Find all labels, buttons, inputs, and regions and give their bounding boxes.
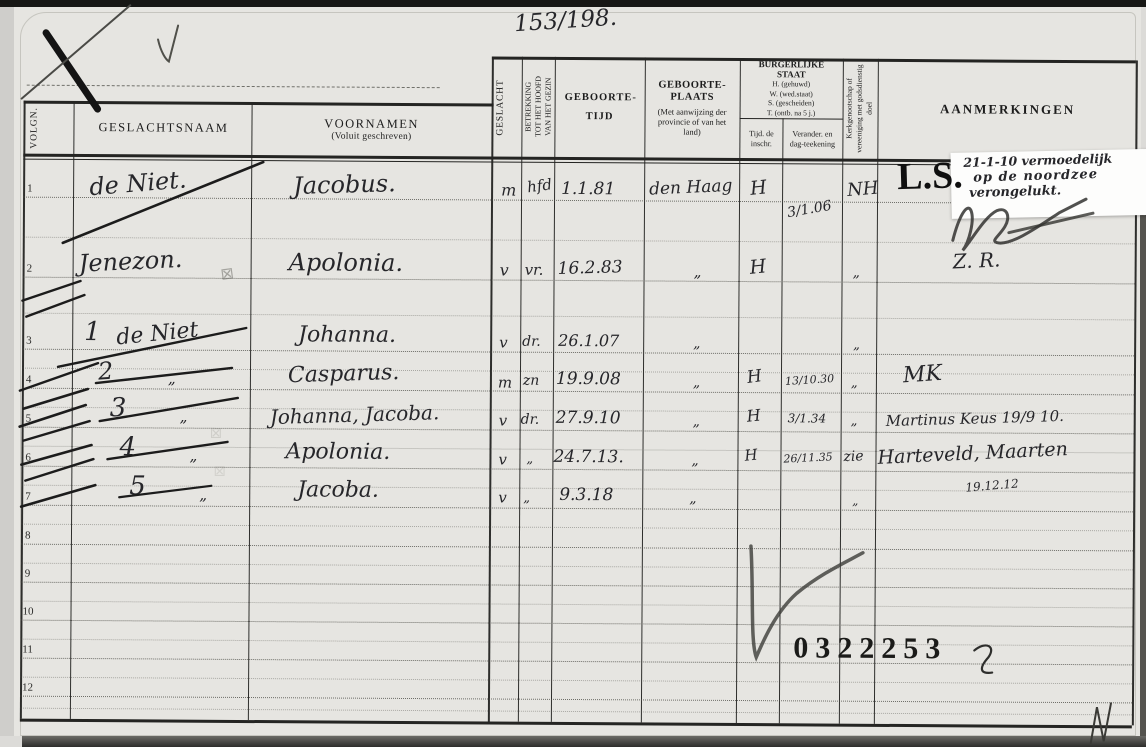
cell-betrekking: dr.: [521, 412, 540, 428]
header-aanmerkingen: AANMERKINGEN: [879, 59, 1136, 161]
cell-geslacht: v: [498, 451, 507, 469]
header-geboortetijd-label: GEBOORTE-TIJD: [564, 88, 634, 126]
cell-voornamen: Casparus.: [288, 360, 400, 388]
cell-geboortetijd: 9.3.18: [559, 485, 613, 505]
cell-handnummer: 5: [129, 471, 146, 501]
cell-geboorteplaats: den Haag: [649, 176, 733, 200]
header-burgerlijke-staat: BURGERLIJKE STAAT H. (gehuwd) W. (wed.st…: [742, 59, 841, 118]
grid-line: [23, 237, 1135, 245]
cell-handnummer: 2: [97, 357, 114, 386]
row-number: 11: [22, 644, 33, 656]
header-geboorteplaats: GEBOORTE-PLAATS (Met aanwijzing der prov…: [646, 60, 738, 156]
cell-staat: H: [749, 176, 768, 200]
cell-naam: Jenezon.: [78, 245, 183, 278]
cell-betrekking: hfd: [526, 175, 553, 196]
grid-line: [21, 544, 1133, 552]
cell-naam: „: [180, 408, 188, 426]
cell-kerk: „: [853, 265, 860, 281]
grid-line: [20, 620, 1132, 628]
grid-line: [70, 101, 75, 719]
cell-geboorteplaats: „: [693, 414, 700, 430]
row-number: 3: [26, 335, 32, 347]
cell-betrekking: „: [526, 452, 533, 467]
cell-staat: H: [749, 255, 768, 279]
cell-kerk: „: [853, 338, 860, 353]
grid-line: [20, 708, 1132, 716]
cell-staat: H: [746, 366, 763, 388]
header-voornamen-sublabel: (Voluit geschreven): [331, 132, 411, 142]
header-geboortetijd: GEBOORTE-TIJD: [556, 57, 643, 158]
ghost-stamp-mark: ⊠: [219, 263, 235, 285]
grid-line: [21, 524, 1133, 532]
header-staat-code-s: S. (gescheiden): [768, 98, 814, 108]
ghost-stamp-mark: ⊠: [210, 424, 223, 443]
header-geslachtsnaam-label: GESLACHTSNAAM: [98, 120, 228, 136]
cell-geslacht: v: [498, 489, 507, 507]
cell-geboortetijd: 27.9.10: [556, 408, 621, 428]
cell-staat-datum: 26/11.35: [783, 450, 833, 465]
cell-geboortetijd: 24.7.13.: [553, 447, 623, 467]
cell-geboorteplaats: „: [693, 375, 700, 391]
cell-betrekking: vr.: [525, 261, 544, 279]
cell-voornamen: Johanna, Jacoba.: [269, 400, 439, 429]
serial-number-stamp: 0322253: [793, 631, 947, 666]
header-volgno: VOLGN.: [29, 104, 69, 153]
cell-geboortetijd: 19.9.08: [556, 369, 621, 389]
ls-stamp: L.S.: [897, 153, 964, 199]
row-number: 1: [27, 183, 33, 195]
note-line-3: verongelukt.: [969, 183, 1061, 201]
header-staat-code-w: W. (wed.staat): [770, 89, 813, 99]
header-geslachtsnaam: GESLACHTSNAAM: [75, 101, 251, 155]
cell-geboortetijd: 1.1.81: [561, 179, 615, 199]
cell-kerk: NH: [846, 178, 879, 201]
header-staat-code-t: T. (ontb. na 5 j.): [767, 108, 815, 118]
cell-staat-datum: 3/1.34: [788, 411, 826, 425]
header-aanmerkingen-label: AANMERKINGEN: [940, 101, 1075, 118]
cell-voornamen: Jacoba.: [297, 477, 379, 502]
cell-geboorteplaats: „: [691, 453, 698, 469]
cell-voornamen: Apolonia.: [289, 248, 404, 277]
row-number: 12: [22, 682, 33, 694]
cell-voornamen: Jacobus.: [293, 169, 396, 200]
cell-geslacht: m: [498, 374, 512, 392]
row-number: 8: [25, 530, 31, 542]
header-voornamen: VOORNAMEN (Voluit geschreven): [251, 102, 491, 156]
cell-geslacht: v: [500, 261, 509, 280]
cell-naam: „: [199, 486, 207, 504]
ghost-stamp-mark: ⊠: [213, 462, 226, 481]
header-geboorteplaats-sublabel: (Met aanwijzing der provincie of van het…: [650, 106, 734, 137]
header-betrekking-l2: TOT HET HOOFD: [533, 76, 542, 137]
cell-betrekking: dr.: [522, 334, 541, 350]
header-burgstaat-title: BURGERLIJKE STAAT: [752, 59, 830, 79]
cell-geboortetijd: 26.1.07: [558, 331, 619, 350]
header-betrekking-l1: BETREKKING: [523, 82, 532, 132]
scanned-register-card: VOLGN. GESLACHTSNAAM VOORNAMEN (Voluit g…: [0, 0, 1146, 747]
cell-geboortetijd: 16.2.83: [557, 257, 622, 279]
cell-betrekking: „: [523, 491, 530, 506]
header-tijd-inschr-label: Tijd. de inschr.: [746, 129, 776, 149]
cell-geslacht: v: [499, 334, 508, 352]
grid-line: [21, 563, 1133, 571]
cell-geboorteplaats: „: [693, 336, 700, 352]
header-staat-code-h: H. (gehuwd): [772, 79, 810, 89]
row-number: 6: [25, 452, 31, 464]
grid-line: [779, 118, 784, 723]
cell-kerk: „: [851, 414, 858, 429]
header-verander: Verander. en dag-teekening: [783, 120, 841, 157]
row-number: 2: [27, 263, 33, 275]
header-kerkgenootschap: Kerkgenootschap of vereeniging met godsd…: [844, 61, 876, 157]
cell-staat: H: [744, 445, 759, 464]
grid-line: [20, 658, 1132, 666]
card-content: VOLGN. GESLACHTSNAAM VOORNAMEN (Voluit g…: [0, 0, 1146, 747]
cell-staat: H: [746, 405, 762, 425]
row-number: 5: [26, 413, 32, 425]
cell-kerk: zie: [843, 448, 864, 465]
header-betrekking: BETREKKING TOT HET HOOFD VAN HET GEZIN: [523, 59, 554, 155]
cell-betrekking: zn: [523, 373, 540, 389]
row-number: 9: [25, 568, 31, 580]
row-number: 7: [25, 491, 31, 503]
cell-handnummer: 3: [110, 393, 127, 423]
cell-voornamen: Apolonia.: [285, 439, 390, 465]
grid-line: [21, 582, 1133, 590]
header-tijd-inschr: Tijd. de inschr.: [740, 120, 782, 157]
cell-geslacht: m: [501, 181, 516, 200]
header-voornamen-label: VOORNAMEN: [324, 116, 419, 132]
cell-geboorteplaats: „: [694, 263, 702, 281]
grid-line: [20, 101, 26, 719]
cell-aanmerking-initials: Z. R.: [952, 247, 1001, 273]
cell-aanmerking: MK: [902, 361, 942, 388]
header-betrekking-l3: VAN HET GEZIN: [543, 78, 552, 136]
grid-line: [20, 719, 1132, 729]
grid-line: [20, 677, 1132, 685]
cell-geslacht: v: [499, 412, 508, 430]
cell-geboorteplaats: „: [689, 491, 696, 507]
cell-handnummer: 1: [84, 317, 101, 347]
header-geboorteplaats-label: GEBOORTE-PLAATS: [656, 80, 728, 104]
grid-line: [20, 639, 1132, 647]
grid-line: [248, 102, 253, 720]
row-number: 10: [22, 606, 33, 618]
grid-line: [21, 505, 1133, 513]
cell-naam: „: [189, 447, 197, 465]
grid-line: [21, 601, 1133, 609]
cell-naam: „: [168, 370, 176, 388]
header-geslacht: GESLACHT: [495, 60, 520, 155]
cell-voornamen: Johanna.: [298, 322, 396, 348]
cell-kerk: „: [852, 494, 858, 508]
cell-handnummer: 4: [119, 432, 136, 462]
grid-line: [20, 696, 1132, 704]
row-number: 4: [26, 374, 32, 386]
header-verander-label: Verander. en dag-teekening: [786, 129, 838, 149]
cell-kerk: „: [851, 376, 858, 391]
